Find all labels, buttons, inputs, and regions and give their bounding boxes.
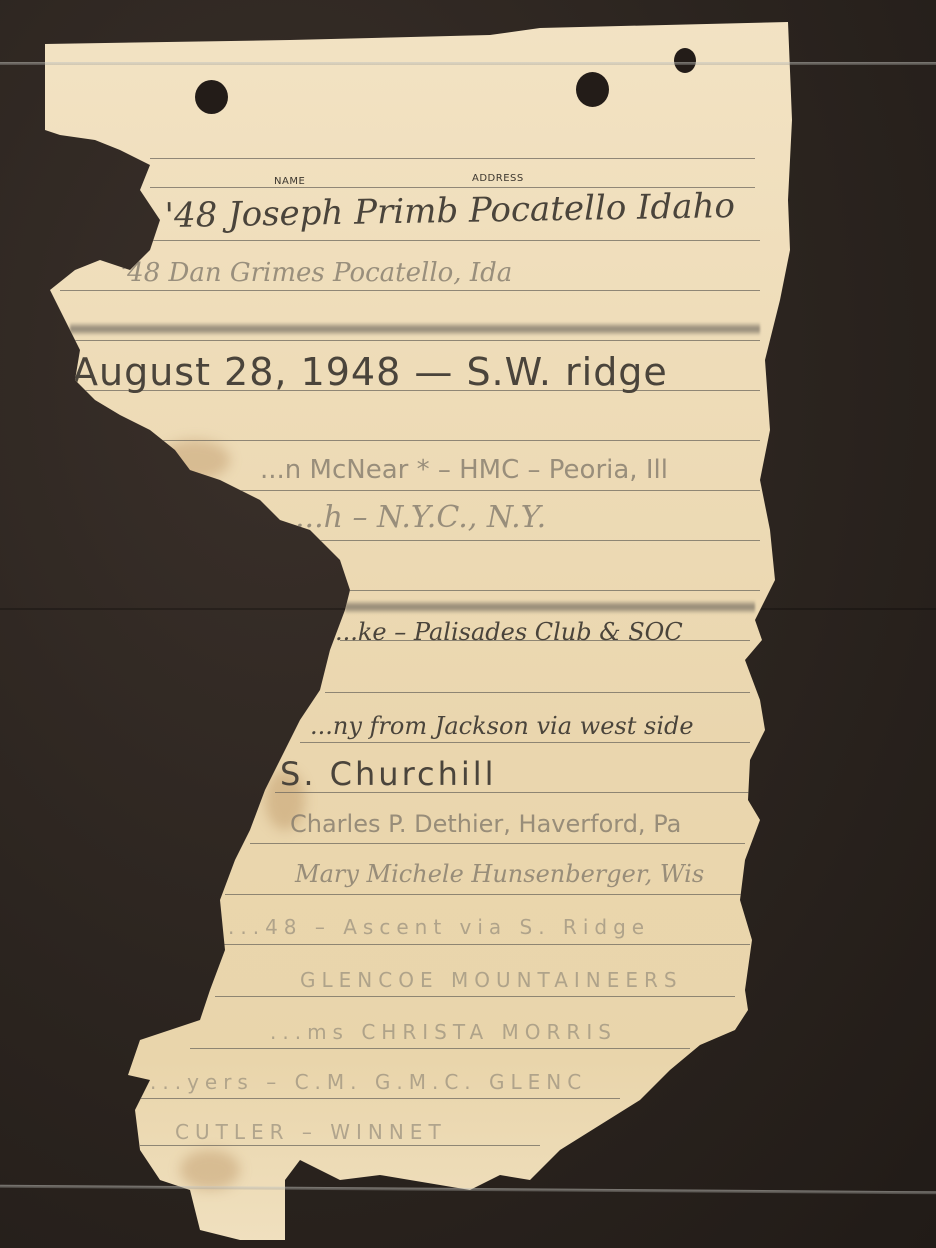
photo-stage: NAME ADDRESS '48 Joseph Primb Pocatello … — [0, 0, 936, 1248]
register-entry: ...ms CHRISTA MORRIS — [270, 1020, 617, 1044]
scribbled-out-line — [345, 600, 755, 614]
ruled-line — [250, 843, 745, 844]
binder-hole — [576, 72, 609, 107]
display-case-edge — [0, 62, 936, 65]
register-entry: ...h – N.Y.C., N.Y. — [295, 500, 546, 535]
column-header-address: ADDRESS — [472, 173, 524, 184]
register-entry: S. Churchill — [280, 755, 497, 793]
ruled-line — [140, 1098, 620, 1099]
ruled-line — [190, 1048, 690, 1049]
ruled-line — [230, 490, 760, 491]
register-entry: '48 Joseph Primb Pocatello Idaho — [164, 186, 735, 236]
register-entry: ...ny from Jackson via west side — [310, 712, 694, 740]
ruled-line — [300, 540, 760, 541]
ruled-line — [140, 440, 760, 441]
register-entry-date: August 28, 1948 — S.W. ridge — [72, 350, 668, 394]
torn-register-page: NAME ADDRESS '48 Joseph Primb Pocatello … — [0, 0, 936, 1248]
register-entry: Mary Michele Hunsenberger, Wis — [295, 860, 704, 888]
ruled-line — [225, 894, 745, 895]
register-entry: ...ke – Palisades Club & SOC — [335, 618, 683, 646]
register-entry: ...48 – Ascent via S. Ridge — [228, 915, 650, 939]
ruled-line — [140, 1145, 540, 1146]
register-entry: '48 Dan Grimes Pocatello, Ida — [120, 258, 512, 288]
ruled-line — [150, 158, 755, 159]
binder-hole — [195, 80, 228, 114]
register-entry: CUTLER – WINNET — [175, 1120, 447, 1144]
ruled-line — [300, 742, 750, 743]
register-entry: GLENCOE MOUNTAINEERS — [300, 968, 683, 992]
ruled-line — [340, 590, 760, 591]
ruled-line — [215, 996, 735, 997]
ruled-line — [325, 692, 750, 693]
ruled-line — [60, 290, 760, 291]
ruled-line — [220, 944, 750, 945]
ruled-line — [150, 240, 760, 241]
age-stain — [180, 1150, 240, 1190]
column-header-name: NAME — [274, 176, 305, 187]
register-entry: ...n McNear * – HMC – Peoria, Ill — [260, 455, 668, 485]
scribbled-out-line — [70, 322, 760, 336]
ruled-line — [60, 340, 760, 341]
age-stain — [160, 440, 230, 480]
register-entry: ...yers – C.M. G.M.C. GLENC — [150, 1070, 587, 1094]
register-entry: Charles P. Dethier, Haverford, Pa — [290, 810, 681, 838]
binder-hole — [674, 48, 696, 73]
